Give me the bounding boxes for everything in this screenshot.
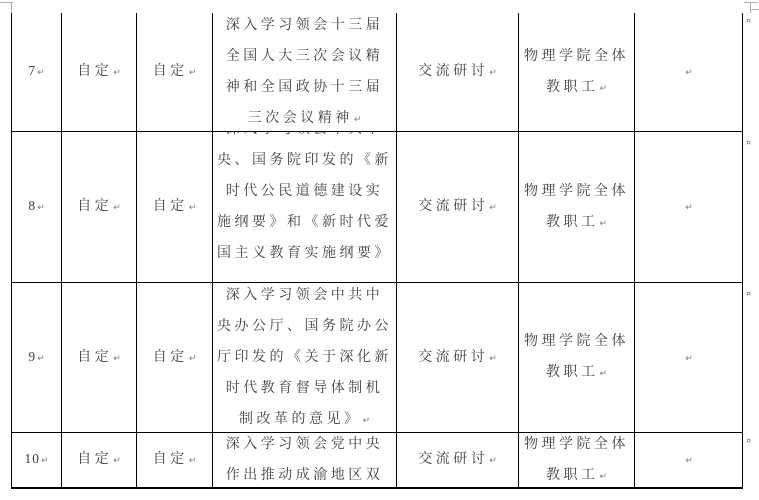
paragraph-mark-icon: ↵: [113, 68, 121, 78]
paragraph-mark-icon: ↵: [685, 354, 693, 364]
page-boundary-mark-right-stub: [750, 9, 759, 10]
cell-time[interactable]: 自定↵: [61, 13, 136, 131]
cell-participants[interactable]: 物理学院全体 教职工↵: [518, 132, 634, 282]
cell-number[interactable]: 10↵: [11, 433, 61, 487]
cell-place[interactable]: 自定↵: [136, 433, 212, 487]
table-row: 8↵ 自定↵ 自定↵ 深入学习领会中共中 央、国务院印发的《新 时代公民道德建设…: [11, 132, 743, 283]
paragraph-mark-icon: ↵: [685, 456, 693, 466]
paragraph-mark-icon: ↵: [41, 456, 49, 466]
paragraph-mark-icon: ↵: [189, 456, 197, 466]
row-end-mark-icon: ¤: [746, 437, 751, 445]
row-number: 8: [28, 198, 36, 213]
study-content: 深入学习领会中共中 央、国务院印发的《新 时代公民道德建设实 施纲要》和《新时代…: [217, 132, 392, 261]
cell-method[interactable]: 交流研讨↵: [396, 132, 518, 282]
row-number: 10: [24, 451, 40, 466]
page-boundary-mark-right-tick: [750, 2, 751, 13]
cell-remark[interactable]: ↵: [634, 132, 743, 282]
row-end-mark-icon: ¤: [746, 290, 751, 298]
paragraph-mark-icon: ↵: [489, 203, 497, 213]
page-boundary-mark-right: [744, 2, 758, 3]
study-content: 深入学习领会十三届 全国人大三次会议精 神和全国政协十三届 三次会议精神: [226, 18, 384, 126]
paragraph-mark-icon: ↵: [37, 354, 45, 364]
study-content: 深入学习领会党中央 作出推动成渝地区双: [226, 437, 384, 483]
participants-value: 物理学院全体 教职工: [524, 334, 629, 380]
table-row: 7↵ 自定↵ 自定↵ 深入学习领会十三届 全国人大三次会议精 神和全国政协十三届…: [11, 13, 743, 132]
row-number: 9: [28, 349, 36, 364]
cell-time[interactable]: 自定↵: [61, 132, 136, 282]
method-value: 交流研讨: [418, 350, 488, 365]
participants-value: 物理学院全体 教职工: [524, 437, 629, 483]
paragraph-mark-icon: ↵: [362, 416, 370, 426]
paragraph-mark-icon: ↵: [113, 354, 121, 364]
row-end-mark-icon: ¤: [746, 139, 751, 147]
cell-number[interactable]: 9↵: [11, 283, 61, 432]
paragraph-mark-icon: ↵: [301, 281, 309, 283]
paragraph-mark-icon: ↵: [37, 203, 45, 213]
time-value: 自定: [77, 199, 112, 214]
paragraph-mark-icon: ↵: [599, 472, 607, 482]
paragraph-mark-icon: ↵: [489, 456, 497, 466]
paragraph-mark-icon: ↵: [489, 354, 497, 364]
place-value: 自定: [153, 452, 188, 467]
cell-participants[interactable]: 物理学院全体 教职工↵: [518, 433, 634, 487]
place-value: 自定: [153, 350, 188, 365]
paragraph-mark-icon: ↵: [599, 219, 607, 229]
row-number: 7: [28, 63, 36, 78]
place-value: 自定: [153, 64, 188, 79]
cell-remark[interactable]: ↵: [634, 13, 743, 131]
paragraph-mark-icon: ↵: [354, 115, 362, 125]
place-value: 自定: [153, 199, 188, 214]
cell-content[interactable]: 深入学习领会党中央 作出推动成渝地区双: [212, 433, 396, 487]
paragraph-mark-icon: ↵: [189, 203, 197, 213]
paragraph-mark-icon: ↵: [489, 68, 497, 78]
study-content: 深入学习领会中共中 央办公厅、国务院办公 厅印发的《关于深化新 时代教育督导体制…: [217, 288, 392, 427]
participants-value: 物理学院全体 教职工: [524, 184, 629, 230]
cell-content[interactable]: 深入学习领会十三届 全国人大三次会议精 神和全国政协十三届 三次会议精神↵: [212, 13, 396, 131]
paragraph-mark-icon: ↵: [113, 203, 121, 213]
cell-place[interactable]: 自定↵: [136, 13, 212, 131]
cell-place[interactable]: 自定↵: [136, 283, 212, 432]
cell-number[interactable]: 7↵: [11, 13, 61, 131]
paragraph-mark-icon: ↵: [685, 68, 693, 78]
cell-method[interactable]: 交流研讨↵: [396, 433, 518, 487]
time-value: 自定: [77, 350, 112, 365]
cell-participants[interactable]: 物理学院全体 教职工↵: [518, 283, 634, 432]
row-end-mark-icon: ¤: [746, 17, 751, 25]
paragraph-mark-icon: ↵: [189, 68, 197, 78]
cell-method[interactable]: 交流研讨↵: [396, 13, 518, 131]
time-value: 自定: [77, 452, 112, 467]
paragraph-mark-icon: ↵: [37, 68, 45, 78]
study-plan-table: 7↵ 自定↵ 自定↵ 深入学习领会十三届 全国人大三次会议精 神和全国政协十三届…: [11, 13, 743, 489]
paragraph-mark-icon: ↵: [189, 354, 197, 364]
participants-value: 物理学院全体 教职工: [524, 49, 629, 95]
cell-time[interactable]: 自定↵: [61, 433, 136, 487]
method-value: 交流研讨: [418, 199, 488, 214]
cell-remark[interactable]: ↵: [634, 433, 743, 487]
cell-number[interactable]: 8↵: [11, 132, 61, 282]
cell-remark[interactable]: ↵: [634, 283, 743, 432]
table-row: 9↵ 自定↵ 自定↵ 深入学习领会中共中 央办公厅、国务院办公 厅印发的《关于深…: [11, 283, 743, 433]
cell-participants[interactable]: 物理学院全体 教职工↵: [518, 13, 634, 131]
cell-method[interactable]: 交流研讨↵: [396, 283, 518, 432]
method-value: 交流研讨: [418, 452, 488, 467]
table-row: 10↵ 自定↵ 自定↵ 深入学习领会党中央 作出推动成渝地区双 交流研讨↵ 物理…: [11, 433, 743, 487]
cell-place[interactable]: 自定↵: [136, 132, 212, 282]
paragraph-mark-icon: ↵: [599, 369, 607, 379]
method-value: 交流研讨: [418, 64, 488, 79]
paragraph-mark-icon: ↵: [685, 203, 693, 213]
paragraph-mark-icon: ↵: [599, 84, 607, 94]
cell-content[interactable]: 深入学习领会中共中 央、国务院印发的《新 时代公民道德建设实 施纲要》和《新时代…: [212, 132, 396, 282]
document-page: ¤ ¤ ¤ ¤ 7↵ 自定↵ 自定↵ 深入学习领会十三届 全国人大三次会议精 神…: [0, 0, 759, 500]
paragraph-mark-icon: ↵: [113, 456, 121, 466]
cell-content[interactable]: 深入学习领会中共中 央办公厅、国务院办公 厅印发的《关于深化新 时代教育督导体制…: [212, 283, 396, 432]
time-value: 自定: [77, 64, 112, 79]
cell-time[interactable]: 自定↵: [61, 283, 136, 432]
